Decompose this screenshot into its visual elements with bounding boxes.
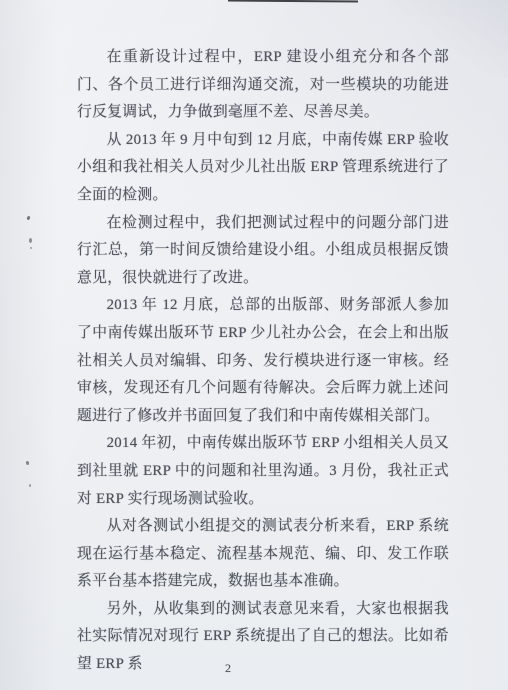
document-body: 在重新设计过程中，ERP 建设小组充分和各个部门、各个员工进行详细沟通交流，对一…: [77, 44, 449, 679]
page-number: 2: [0, 661, 456, 676]
scan-shadow-left: [0, 0, 58, 690]
paragraph-3: 在检测过程中，我们把测试过程中的问题分部门进行汇总，第一时间反馈给建设小组。小组…: [77, 210, 449, 293]
paragraph-5: 2014 年初，中南传媒出版环节 ERP 小组相关人员又到社里就 ERP 中的问…: [77, 430, 449, 513]
scan-artifact-top-line: [228, 0, 358, 2]
scanned-document-page: 在重新设计过程中，ERP 建设小组充分和各个部门、各个员工进行详细沟通交流，对一…: [0, 0, 508, 690]
paragraph-6: 从对各测试小组提交的测试表分析来看，ERP 系统现在运行基本稳定、流程基本规范、…: [77, 513, 449, 596]
paragraph-2: 从 2013 年 9 月中旬到 12 月底，中南传媒 ERP 验收小组和我社相关…: [77, 127, 449, 210]
paragraph-4: 2013 年 12 月底，总部的出版部、财务部派人参加了中南传媒出版环节 ERP…: [77, 292, 449, 430]
paragraph-1: 在重新设计过程中，ERP 建设小组充分和各个部门、各个员工进行详细沟通交流，对一…: [77, 44, 449, 127]
scan-speck: [30, 247, 32, 249]
scan-speck: [29, 238, 32, 243]
scan-speck: [29, 484, 31, 487]
